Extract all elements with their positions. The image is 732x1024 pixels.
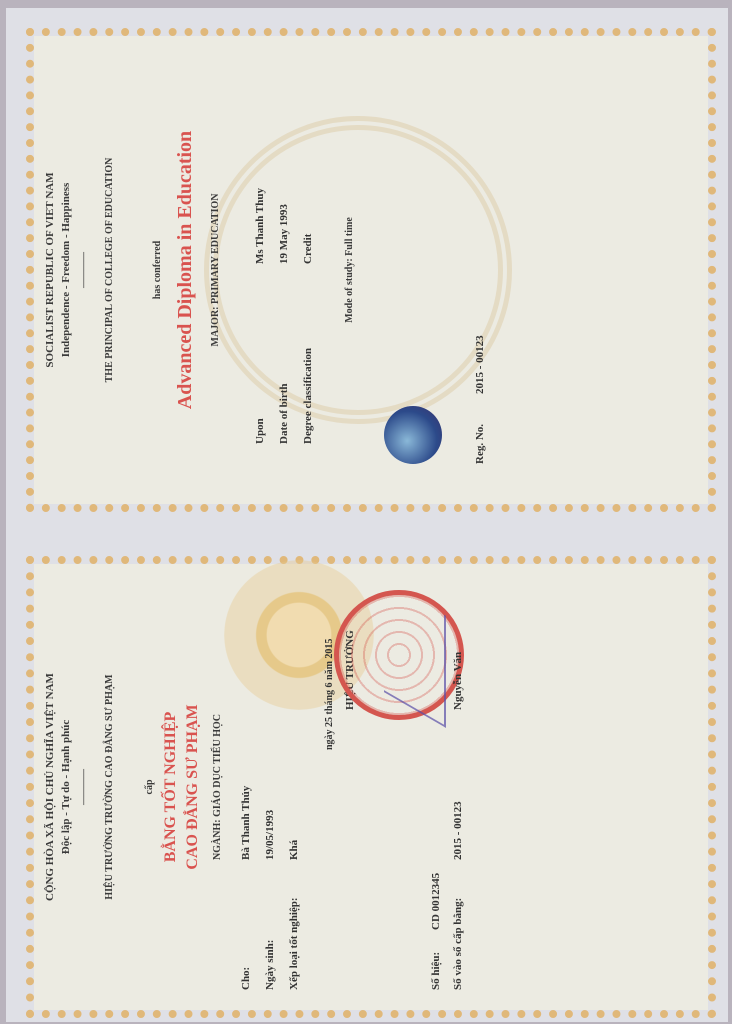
- reg-no-value: 2015 - 00123: [474, 335, 486, 394]
- class-label-vi: Xếp loại tốt nghiệp:: [288, 897, 300, 990]
- reg-no-label-vi: Số vào sổ cấp bằng:: [452, 898, 464, 990]
- dob-value-vi: 19/05/1993: [264, 810, 276, 860]
- country-header: SOCIALIST REPUBLIC OF VIET NAM: [44, 36, 56, 504]
- degree-value: Credit: [302, 234, 314, 264]
- diploma-title-vi-1: BẰNG TỐT NGHIỆP: [162, 564, 180, 1010]
- major-line: MAJOR: PRIMARY EDUCATION: [210, 36, 221, 504]
- reg-no-value-vi: 2015 - 00123: [452, 801, 464, 860]
- motto-header: Independence - Freedom - Happiness: [60, 36, 72, 504]
- mode-line: Mode of study: Full time: [344, 36, 355, 504]
- english-diploma-panel: SOCIALIST REPUBLIC OF VIET NAM Independe…: [26, 28, 716, 512]
- diploma-title-vi-2: CAO ĐẲNG SƯ PHẠM: [184, 564, 202, 1010]
- signer-name-vi: Nguyễn Văn: [452, 652, 464, 710]
- upon-value-vi: Bà Thanh Thủy: [240, 786, 252, 860]
- serial-value-vi: CD 0012345: [430, 873, 442, 930]
- degree-label: Degree classification: [302, 348, 314, 444]
- class-value-vi: Khá: [288, 840, 300, 860]
- confers-text: has conferred: [152, 36, 163, 504]
- upon-value: Ms Thanh Thuy: [254, 188, 266, 264]
- upon-label: Upon: [254, 418, 266, 444]
- reg-no-label: Reg. No.: [474, 424, 486, 464]
- header-separator: ————: [78, 36, 88, 504]
- motto-header-vi: Độc lập - Tự do - Hạnh phúc: [60, 564, 72, 1010]
- serial-label-vi: Số hiệu:: [430, 952, 442, 990]
- diploma-photo: SOCIALIST REPUBLIC OF VIET NAM Independe…: [6, 8, 728, 1022]
- diploma-title: Advanced Diploma in Education: [174, 36, 197, 504]
- confers-text-vi: cấp: [144, 564, 155, 1010]
- college-emblem-icon: [384, 406, 442, 464]
- dob-value: 19 May 1993: [278, 204, 290, 264]
- major-line-vi: NGÀNH: GIÁO DỤC TIỂU HỌC: [212, 564, 223, 1010]
- issuer-line-vi: HIỆU TRƯỞNG TRƯỜNG CAO ĐẲNG SƯ PHẠM: [104, 564, 115, 1010]
- vietnamese-diploma-panel: CỘNG HÒA XÃ HỘI CHỦ NGHĨA VIỆT NAM Độc l…: [26, 556, 716, 1018]
- issuer-line: THE PRINCIPAL OF COLLEGE OF EDUCATION: [104, 36, 115, 504]
- country-header-vi: CỘNG HÒA XÃ HỘI CHỦ NGHĨA VIỆT NAM: [44, 564, 56, 1010]
- guilloche-watermark: [204, 116, 512, 424]
- dob-label: Date of birth: [278, 384, 290, 445]
- dob-label-vi: Ngày sinh:: [264, 940, 276, 990]
- upon-label-vi: Cho:: [240, 967, 252, 990]
- header-separator-vi: ————: [78, 564, 88, 1010]
